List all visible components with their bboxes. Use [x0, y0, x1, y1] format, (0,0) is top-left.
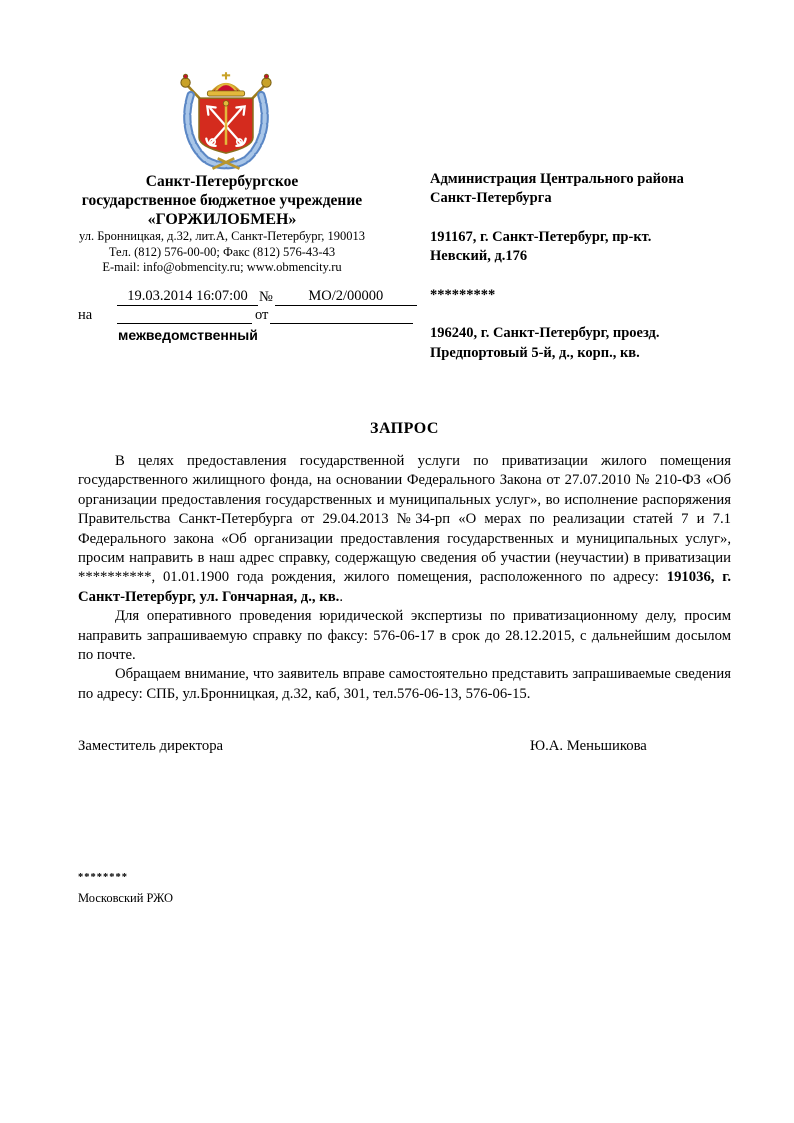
document-title: ЗАПРОС — [78, 420, 731, 438]
recipient-line: Предпортовый 5-й, д., корп., кв. — [430, 344, 725, 363]
reply-to-date-field — [270, 306, 413, 324]
recipient-line: 191167, г. Санкт-Петербург, пр-кт. — [430, 228, 725, 247]
ot-label: от — [252, 307, 270, 324]
sender-block: Санкт-Петербургское государственное бюдж… — [72, 172, 372, 276]
reference-row-reply: на от — [78, 307, 423, 324]
recipient-line: ********* — [430, 286, 725, 305]
outgoing-number-field: МО/2/00000 — [275, 288, 417, 306]
document-body: В целях предоставления государственной у… — [78, 452, 731, 704]
document-page: Санкт-Петербургское государственное бюдж… — [0, 0, 794, 1123]
executor-department: Московский РЖО — [78, 891, 173, 906]
paragraph-purpose: В целях предоставления государственной у… — [78, 452, 731, 607]
paragraph-end: . — [339, 589, 343, 605]
request-type-label: межведомственный — [118, 327, 423, 343]
signature-row: Заместитель директора Ю.А. Меньшикова — [78, 738, 731, 758]
number-sign-label: № — [258, 289, 275, 306]
reference-block: 19.03.2014 16:07:00№МО/2/00000 на от меж… — [78, 289, 423, 343]
sender-phone-fax: Тел. (812) 576-00-00; Факс (812) 576-43-… — [72, 245, 372, 261]
saint-petersburg-coat-of-arms-icon — [170, 70, 282, 174]
reference-row-number: 19.03.2014 16:07:00№МО/2/00000 — [78, 289, 423, 306]
signer-position: Заместитель директора — [78, 738, 223, 754]
recipient-line — [430, 305, 725, 324]
sender-org-line: Санкт-Петербургское — [72, 172, 372, 191]
paragraph-self-submission: Обращаем внимание, что заявитель вправе … — [78, 665, 731, 704]
outgoing-date-field: 19.03.2014 16:07:00 — [117, 288, 258, 306]
sender-org-name: «ГОРЖИЛОБМЕН» — [72, 210, 372, 229]
paragraph-text: В целях предоставления государственной у… — [78, 453, 731, 585]
reply-to-number-field — [117, 306, 252, 324]
executor-masked: ******** — [78, 872, 128, 883]
signer-name: Ю.А. Меньшикова — [530, 738, 647, 755]
sender-org-line: государственное бюджетное учреждение — [72, 191, 372, 210]
sender-email-web: E-mail: info@obmencity.ru; www.obmencity… — [72, 260, 372, 276]
paragraph-fax-deadline: Для оперативного проведения юридической … — [78, 607, 731, 665]
recipient-block: Администрация Центрального районаСанкт-П… — [430, 170, 725, 363]
recipient-line: Администрация Центрального района — [430, 170, 725, 189]
sender-address: ул. Бронницкая, д.32, лит.А, Санкт-Петер… — [72, 229, 372, 245]
recipient-line: Санкт-Петербурга — [430, 189, 725, 208]
recipient-line — [430, 209, 725, 228]
na-label: на — [78, 307, 100, 324]
recipient-line: 196240, г. Санкт-Петербург, проезд. — [430, 324, 725, 343]
recipient-line — [430, 266, 725, 285]
recipient-line: Невский, д.176 — [430, 247, 725, 266]
